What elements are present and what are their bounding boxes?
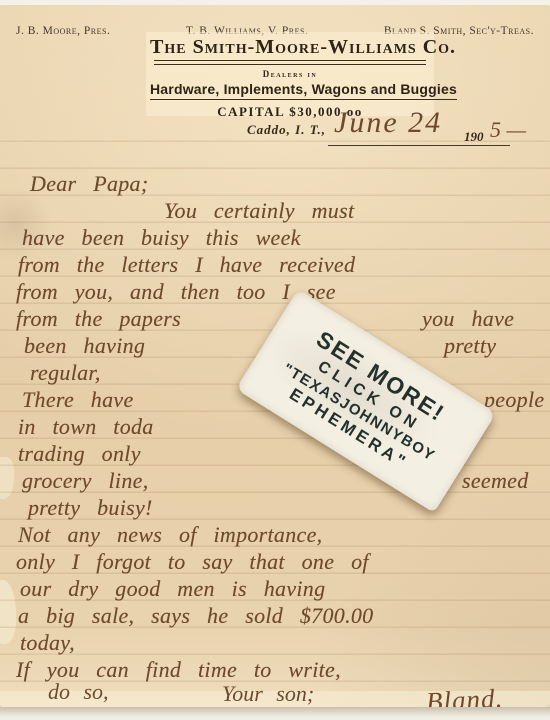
double-rule-divider xyxy=(154,60,426,65)
date-rule xyxy=(328,145,510,146)
dateline: Caddo, I. T., June 24 190 5 — xyxy=(0,105,550,155)
products-line: Hardware, Implements, Wagons and Buggies xyxy=(150,81,457,100)
manuscript-line: today, xyxy=(14,629,546,656)
manuscript-line: from the letters I have received xyxy=(14,251,546,278)
company-name: The Smith-Moore-Williams Co. xyxy=(150,36,430,59)
scan-edge-top xyxy=(0,0,550,5)
manuscript-line: have been buisy this week xyxy=(14,224,546,251)
manuscript-line: from you, and then too I see xyxy=(14,278,546,305)
manuscript-line: grocery line,seemed xyxy=(14,467,546,494)
scan-edge-bottom xyxy=(0,707,550,720)
manuscript-line: a big sale, says he sold $700.00 xyxy=(14,602,546,629)
closing-your-son: Your son; xyxy=(222,681,314,707)
handwritten-year: 5 — xyxy=(490,117,526,143)
manuscript-line: our dry good men is having xyxy=(14,575,546,602)
printed-year-prefix: 190 xyxy=(464,129,484,145)
letter-paper: J. B. Moore, Pres.T. B. Williams, V. Pre… xyxy=(0,5,550,707)
dealers-in-label: Dealers in xyxy=(150,69,430,79)
place-printed: Caddo, I. T., xyxy=(247,122,326,138)
handwritten-date: June 24 xyxy=(334,106,442,140)
closing-do-so: do so, xyxy=(48,679,109,705)
manuscript-line: pretty buisy! xyxy=(14,494,546,521)
manuscript-line: Dear Papa; xyxy=(14,170,546,197)
manuscript-line: You certainly must xyxy=(14,197,546,224)
manuscript-line: Not any news of importance, xyxy=(14,521,546,548)
scanned-letter: J. B. Moore, Pres.T. B. Williams, V. Pre… xyxy=(0,0,550,720)
manuscript-line: only I forgot to say that one of xyxy=(14,548,546,575)
officer-name: J. B. Moore, Pres. xyxy=(16,25,110,37)
